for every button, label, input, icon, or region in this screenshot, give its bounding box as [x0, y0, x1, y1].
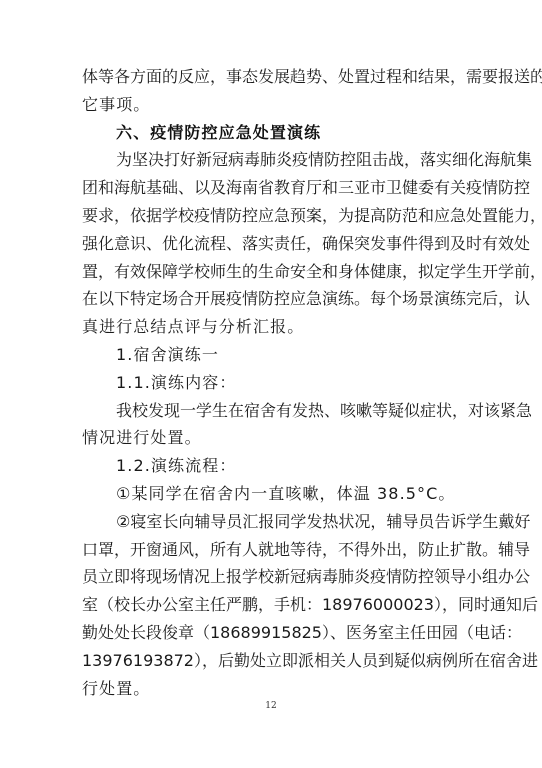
paragraph-line: 置，有效保障学校师生的生命安全和身体健康，拟定学生开学前， [82, 258, 462, 286]
list-item: ①某同学在宿舍内一直咳嗽，体温 38.5°C。 [82, 480, 462, 508]
paragraph-line: 员立即将现场情况上报学校新冠病毒肺炎疫情防控领导小组办公 [82, 563, 462, 591]
paragraph-line: 我校发现一学生在宿舍有发热、咳嗽等疑似症状，对该紧急 [82, 397, 462, 425]
paragraph-line: 13976193872），后勤处立即派相关人员到疑似病例所在宿舍进 [82, 647, 462, 675]
paragraph-line: 体等各方面的反应，事态发展趋势、处置过程和结果，需要报送的其 [82, 63, 462, 91]
subsection-heading: 1.2.演练流程： [82, 452, 462, 480]
document-body: 体等各方面的反应，事态发展趋势、处置过程和结果，需要报送的其 它事项。 六、疫情… [82, 63, 462, 702]
paragraph-line: 勤处处长段俊章（18689915825）、医务室主任田园（电话： [82, 619, 462, 647]
paragraph-line: 真进行总结点评与分析汇报。 [82, 313, 462, 341]
paragraph-line: 它事项。 [82, 91, 462, 119]
paragraph-line: 为坚决打好新冠病毒肺炎疫情防控阻击战，落实细化海航集 [82, 146, 462, 174]
paragraph-line: 行处置。 [82, 675, 462, 703]
section-heading: 六、疫情防控应急处置演练 [82, 119, 462, 147]
page-number: 12 [0, 701, 542, 711]
paragraph-line: 要求，依据学校疫情防控应急预案，为提高防范和应急处置能力， [82, 202, 462, 230]
list-item: ②寝室长向辅导员汇报同学发热状况，辅导员告诉学生戴好 [82, 508, 462, 536]
paragraph-line: 团和海航基础、以及海南省教育厅和三亚市卫健委有关疫情防控 [82, 174, 462, 202]
subsection-heading: 1.宿舍演练一 [82, 341, 462, 369]
paragraph-line: 口罩，开窗通风，所有人就地等待，不得外出，防止扩散。辅导 [82, 536, 462, 564]
document-page: 体等各方面的反应，事态发展趋势、处置过程和结果，需要报送的其 它事项。 六、疫情… [0, 0, 542, 768]
paragraph-line: 情况进行处置。 [82, 424, 462, 452]
paragraph-line: 在以下特定场合开展疫情防控应急演练。每个场景演练完后，认 [82, 285, 462, 313]
paragraph-line: 强化意识、优化流程、落实责任，确保突发事件得到及时有效处 [82, 230, 462, 258]
subsection-heading: 1.1.演练内容： [82, 369, 462, 397]
paragraph-line: 室（校长办公室主任严鹏，手机：18976000023），同时通知后 [82, 591, 462, 619]
